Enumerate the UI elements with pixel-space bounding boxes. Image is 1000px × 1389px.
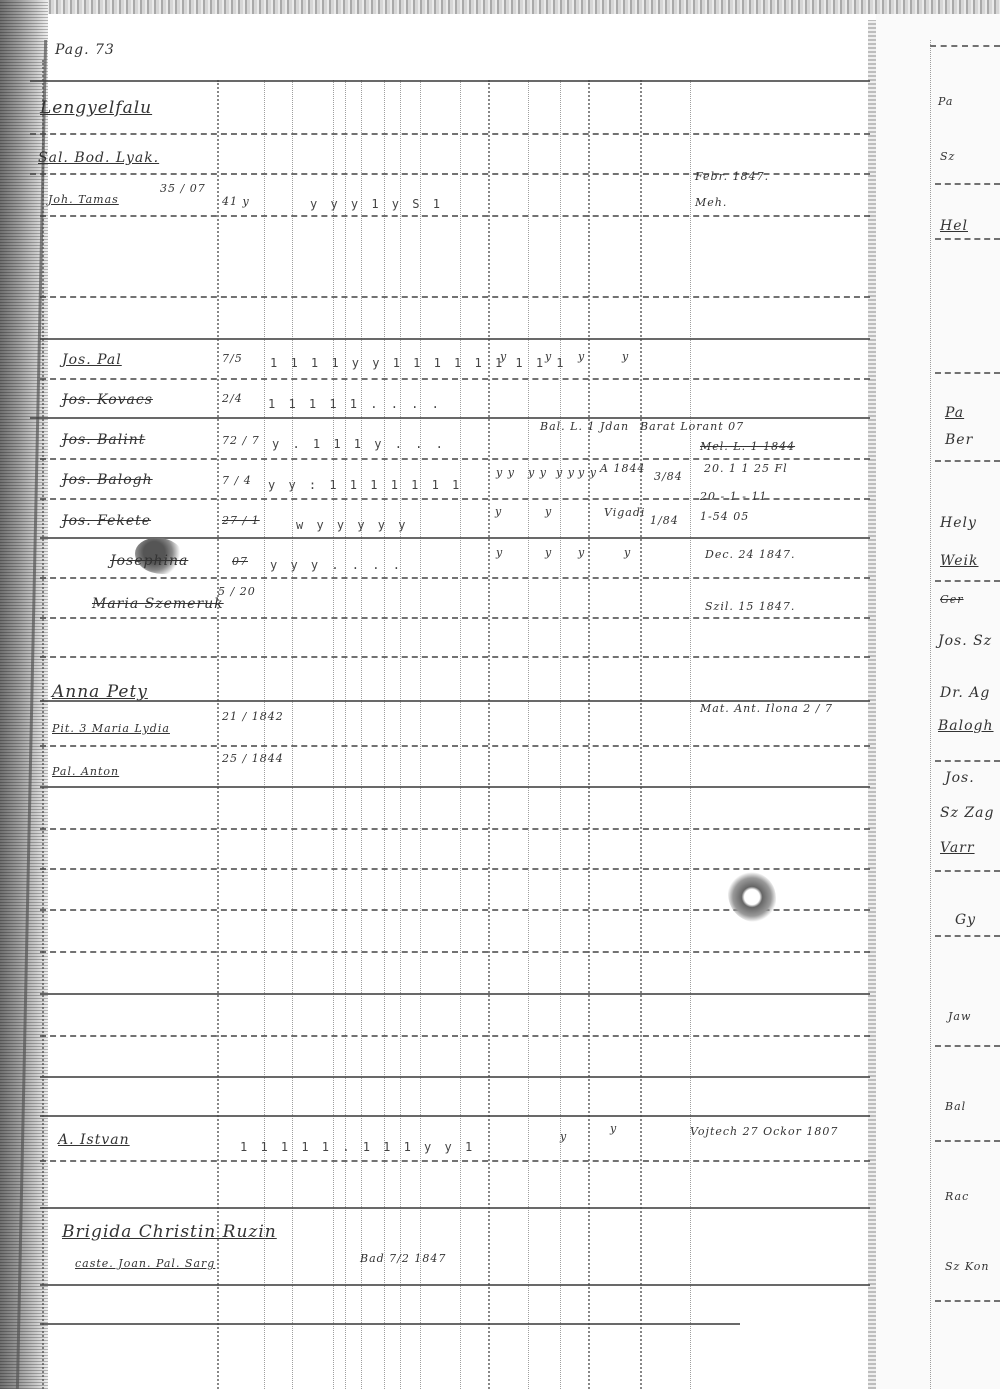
column-rule <box>528 80 529 1389</box>
entry-tally-marks: 1 1 1 1 1 . 1 1 1 y y 1 <box>240 1140 475 1154</box>
row-rule <box>40 951 870 953</box>
row-rule <box>40 786 870 788</box>
column-rule <box>400 80 401 1389</box>
facing-page-fragment: Gy <box>955 912 976 928</box>
column-rule <box>345 80 346 1389</box>
entry-tally-marks: 1 1 1 1 y y 1 1 1 1 1 1 1 1 1 <box>270 356 567 370</box>
entry-remark: Bad 7/2 1847 <box>360 1252 446 1265</box>
facing-page-fragment: Ber <box>945 432 973 448</box>
facing-row-rule <box>935 760 1000 762</box>
row-rule <box>40 868 870 870</box>
entry-tally-marks: 1 1 1 1 1 . . . . <box>268 397 442 411</box>
header-rule <box>30 80 870 82</box>
entry-number: 07 <box>232 555 248 568</box>
entry-remark: 20. 1 1 25 Fl <box>704 462 788 475</box>
entry-column-mark: y <box>545 546 552 559</box>
entry-remark: Dec. 24 1847. <box>705 548 795 561</box>
entry-name: Jos. Balint <box>62 432 145 448</box>
entry-column-mark: y <box>622 350 629 363</box>
column-rule <box>560 80 561 1389</box>
margin-rule <box>42 60 44 1389</box>
facing-page-fragment: Varr <box>940 840 975 856</box>
facing-page-fragment: Rac <box>945 1190 969 1203</box>
section-title: Lengyelfalu <box>40 98 152 118</box>
facing-row-rule <box>935 580 1000 582</box>
column-rule <box>384 80 385 1389</box>
row-rule <box>40 1160 870 1162</box>
page-number-label: Pag. 73 <box>55 42 115 58</box>
facing-page-fragment: Sz <box>940 150 955 163</box>
scan-edge-top <box>0 0 1000 14</box>
entry-tally-marks: w y y y y y <box>296 518 408 532</box>
entry-column-mark: y <box>545 505 552 518</box>
entry-tally-marks: y . 1 1 1 y . . . <box>272 437 446 451</box>
entry-number: 5 / 20 <box>218 585 256 598</box>
column-rule <box>588 80 590 1389</box>
entry-tally-marks: y y y 1 y S 1 <box>310 197 443 211</box>
facing-row-rule <box>935 460 1000 462</box>
column-rule <box>488 80 490 1389</box>
entry-column-mark: y y <box>556 466 575 479</box>
column-rule <box>460 80 461 1389</box>
facing-margin-rule <box>930 40 931 1389</box>
entry-column-mark: y <box>496 546 503 559</box>
family-member-number: 21 / 1842 <box>222 710 284 723</box>
facing-row-rule <box>930 45 1000 47</box>
entry-column-mark: y <box>560 1130 567 1143</box>
column-rule <box>292 80 293 1389</box>
facing-page-fragment: Ger <box>940 593 964 606</box>
facing-page-fragment: Pa <box>945 405 964 421</box>
entry-number: 2/4 <box>222 392 243 405</box>
entry-remark: Mel. L. 1 1844 <box>700 440 795 453</box>
entry-column-mark: y y <box>496 466 515 479</box>
entry-name: Jos. Balogh <box>62 472 153 488</box>
entry-remark: 20 - 1 - 11 <box>700 490 767 503</box>
family-member: Pal. Anton <box>52 765 119 778</box>
facing-row-rule <box>935 1300 1000 1302</box>
row-rule <box>40 378 870 380</box>
facing-row-rule <box>935 935 1000 937</box>
entry-name: Jos. Pal <box>62 352 122 368</box>
family-member: Pit. 3 Maria Lydia <box>52 722 170 735</box>
row-rule <box>40 338 870 340</box>
row-rule <box>40 577 870 579</box>
entry-name: A. Istvan <box>58 1132 130 1148</box>
column-rule <box>264 80 265 1389</box>
column-rule <box>420 80 421 1389</box>
row-rule <box>40 215 870 217</box>
entry-remark: Vojtech 27 Ockor 1807 <box>690 1125 838 1138</box>
family-remark: Mat. Ant. Ilona 2 / 7 <box>700 702 833 715</box>
entry-column-mark: y <box>578 350 585 363</box>
row-rule <box>30 417 870 419</box>
facing-page-fragment: Hel <box>940 218 968 234</box>
entry-column-mark: y <box>578 546 585 559</box>
entry-number: 27 / 1 <box>222 514 260 527</box>
entry-remark: 3/84 <box>654 470 683 483</box>
entry-remark: A 1844 <box>600 462 645 475</box>
row-rule <box>40 1115 870 1117</box>
entry-tally-marks: y y : 1 1 1 1 1 1 1 <box>268 478 462 492</box>
column-rule-remarks <box>690 80 691 1389</box>
facing-page-fragment: Sz Kon <box>945 1260 989 1273</box>
entry-number: 72 / 7 <box>222 434 260 447</box>
family-member-number: 25 / 1844 <box>222 752 284 765</box>
column-rule <box>361 80 362 1389</box>
facing-page-fragment: Jos. Sz <box>938 633 992 649</box>
entry-remark: Szil. 15 1847. <box>705 600 795 613</box>
entry-name: Brigida Christin Ruzin <box>62 1222 277 1242</box>
entry-column-mark: y y <box>578 466 597 479</box>
ink-blot-hole <box>728 872 776 922</box>
row-rule <box>40 1323 740 1325</box>
entry-name: Sal. Bod. Lyak. <box>38 150 159 166</box>
row-rule <box>40 617 870 619</box>
row-rule <box>40 1207 870 1209</box>
entry-remark: Bal. L. 1 Jdan <box>540 420 629 433</box>
facing-page-fragment: Dr. Ag <box>940 685 990 701</box>
column-rule <box>640 80 642 1389</box>
facing-page <box>876 14 1000 1389</box>
facing-page-fragment: Pa <box>938 95 953 108</box>
entry-name: Josephina <box>110 553 188 569</box>
row-rule <box>40 458 870 460</box>
entry-column-mark: y <box>610 1122 617 1135</box>
row-rule <box>40 1076 870 1078</box>
facing-page-fragment: Bal <box>945 1100 966 1113</box>
row-rule <box>40 745 870 747</box>
entry-remark: Febr. 1847. <box>695 170 769 183</box>
row-rule <box>40 656 870 658</box>
entry-remark: Meh. <box>695 196 727 209</box>
column-rule-number <box>217 80 219 1389</box>
entry-subname: Joh. Tamas <box>48 193 119 206</box>
row-rule <box>40 1035 870 1037</box>
entry-remark: 1/84 <box>650 514 679 527</box>
facing-row-rule <box>935 1045 1000 1047</box>
entry-remark: Vigadi <box>604 506 645 519</box>
facing-page-fragment: Balogh <box>938 718 994 734</box>
facing-page-fragment: Jaw <box>948 1010 971 1023</box>
entry-number: 7 / 4 <box>222 474 252 487</box>
entry-column-mark: y <box>545 350 552 363</box>
entry-subname: caste. Joan. Pal. Sarg <box>75 1257 215 1270</box>
entry-tally-marks: y y y . . . . <box>270 558 403 572</box>
row-rule <box>40 1284 870 1286</box>
facing-row-rule <box>935 238 1000 240</box>
entry-name: Jos. Fekete <box>62 513 151 529</box>
row-rule <box>40 993 870 995</box>
row-rule <box>30 133 870 135</box>
entry-name: Jos. Kovacs <box>62 392 153 408</box>
entry-number: 35 / 07 <box>160 182 206 195</box>
entry-remark: Barat Lorant 07 <box>640 420 744 433</box>
entry-number: 7/5 <box>222 352 243 365</box>
facing-row-rule <box>935 1140 1000 1142</box>
entry-remark: 1-54 05 <box>700 510 749 523</box>
entry-column-mark: y y <box>528 466 547 479</box>
facing-row-rule <box>935 372 1000 374</box>
facing-page-fragment: Hely <box>940 515 977 531</box>
facing-page-fragment: Jos. <box>945 770 975 786</box>
entry-code: 41 y <box>222 195 250 208</box>
row-rule <box>40 828 870 830</box>
facing-page-fragment: Weik <box>940 553 979 569</box>
facing-row-rule <box>935 183 1000 185</box>
facing-page-fragment: Sz Zag <box>940 805 994 821</box>
column-rule <box>333 80 334 1389</box>
facing-row-rule <box>935 870 1000 872</box>
page-divider-edge <box>868 20 876 1389</box>
entry-name: Maria Szemeruk <box>92 596 224 612</box>
entry-column-mark: y <box>495 505 502 518</box>
entry-column-mark: y <box>500 350 507 363</box>
family-head: Anna Pety <box>52 682 148 702</box>
row-rule <box>40 296 870 298</box>
entry-column-mark: y <box>624 546 631 559</box>
